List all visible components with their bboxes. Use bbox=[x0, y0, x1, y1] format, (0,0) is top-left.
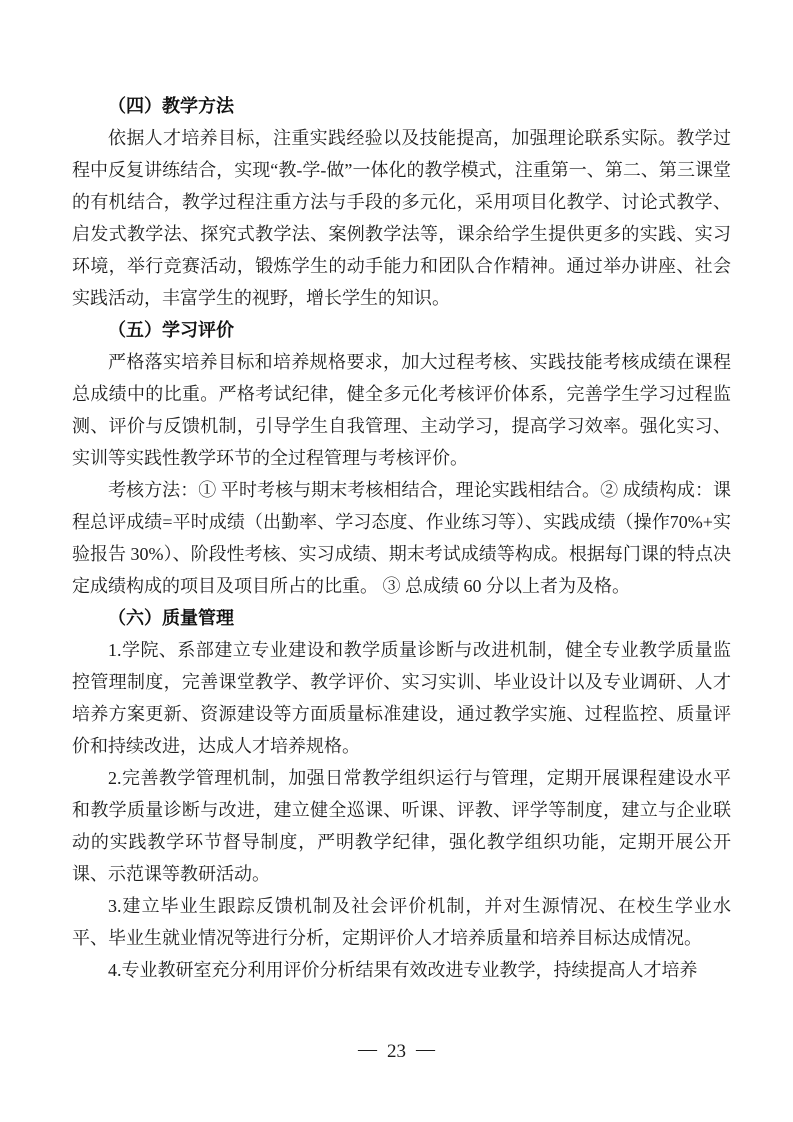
footer-dash-left: — bbox=[358, 1038, 377, 1062]
paragraph: 4.专业教研室充分利用评价分析结果有效改进专业教学，持续提高人才培养 bbox=[72, 954, 731, 986]
footer-dash-right: — bbox=[416, 1038, 435, 1062]
document-page: （四）教学方法 依据人才培养目标，注重实践经验以及技能提高，加强理论联系实际。教… bbox=[0, 0, 793, 1122]
paragraph: 依据人才培养目标，注重实践经验以及技能提高，加强理论联系实际。教学过程中反复讲练… bbox=[72, 122, 731, 314]
document-section-1: （四）教学方法 依据人才培养目标，注重实践经验以及技能提高，加强理论联系实际。教… bbox=[72, 90, 731, 314]
document-content: （四）教学方法 依据人才培养目标，注重实践经验以及技能提高，加强理论联系实际。教… bbox=[72, 90, 731, 986]
page-number: 23 bbox=[387, 1041, 406, 1062]
document-section-2: （五）学习评价 严格落实培养目标和培养规格要求，加大过程考核、实践技能考核成绩在… bbox=[72, 314, 731, 602]
paragraph: 3.建立毕业生跟踪反馈机制及社会评价机制，并对生源情况、在校生学业水平、毕业生就… bbox=[72, 890, 731, 954]
paragraph: 2.完善教学管理机制，加强日常教学组织运行与管理，定期开展课程建设水平和教学质量… bbox=[72, 762, 731, 890]
page-footer: —23— bbox=[0, 1040, 793, 1064]
paragraph: 考核方法：① 平时考核与期末考核相结合，理论实践相结合。② 成绩构成：课程总评成… bbox=[72, 474, 731, 602]
document-section-3: （六）质量管理 1.学院、系部建立专业建设和教学质量诊断与改进机制，健全专业教学… bbox=[72, 602, 731, 986]
section-heading-3: （六）质量管理 bbox=[72, 602, 731, 634]
paragraph: 1.学院、系部建立专业建设和教学质量诊断与改进机制，健全专业教学质量监控管理制度… bbox=[72, 634, 731, 762]
section-heading-2: （五）学习评价 bbox=[72, 314, 731, 346]
paragraph: 严格落实培养目标和培养规格要求，加大过程考核、实践技能考核成绩在课程总成绩中的比… bbox=[72, 346, 731, 474]
section-heading-1: （四）教学方法 bbox=[72, 90, 731, 122]
